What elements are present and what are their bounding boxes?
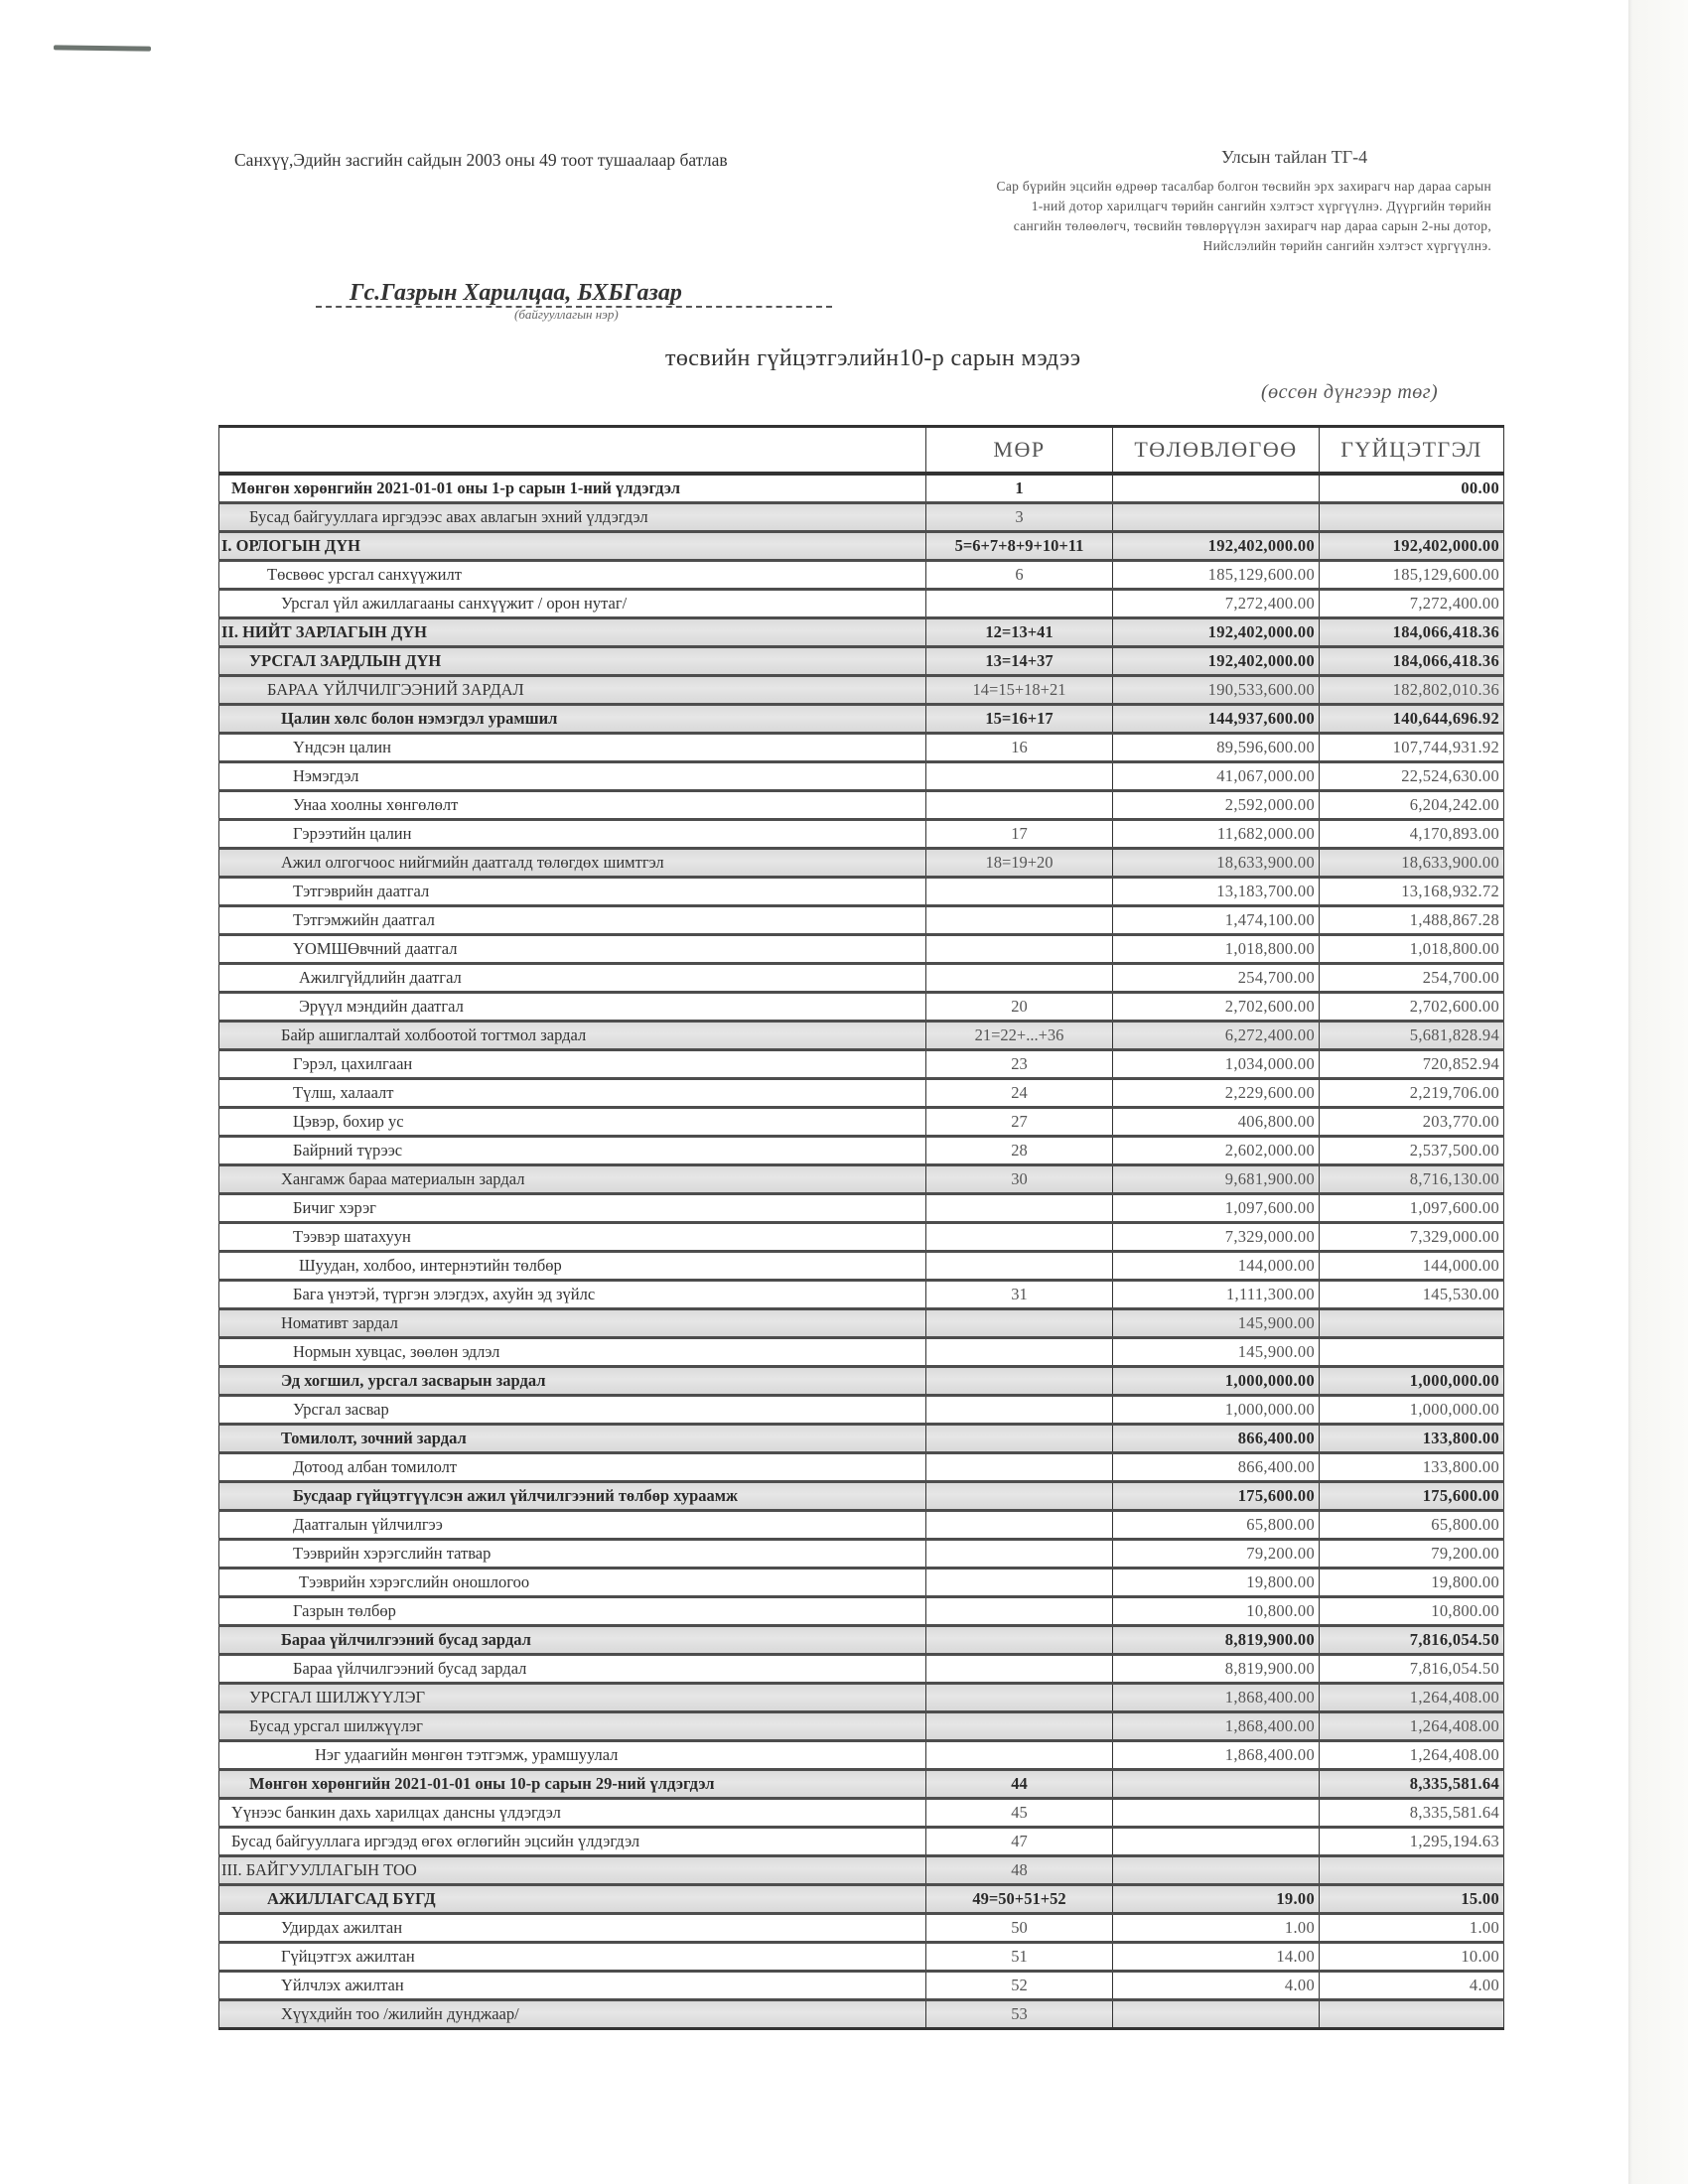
actual-value: 140,644,696.92 xyxy=(1320,705,1504,734)
table-row: Түлш, халаалт242,229,600.002,219,706.00 xyxy=(219,1079,1504,1108)
table-row: III. БАЙГУУЛЛАГЫН ТОО48 xyxy=(219,1856,1504,1885)
row-label: Томилолт, зочний зардал xyxy=(219,1425,926,1453)
plan-value: 144,000.00 xyxy=(1113,1252,1320,1281)
actual-value: 5,681,828.94 xyxy=(1320,1022,1504,1050)
row-label: Даатгалын үйлчилгээ xyxy=(219,1511,926,1540)
table-row: Цэвэр, бохир ус27406,800.00203,770.00 xyxy=(219,1108,1504,1137)
row-label: УРСГАЛ ШИЛЖҮҮЛЭГ xyxy=(219,1684,926,1712)
actual-value: 1,264,408.00 xyxy=(1320,1684,1504,1712)
plan-value: 254,700.00 xyxy=(1113,964,1320,993)
actual-value xyxy=(1320,1338,1504,1367)
row-label: Бараа үйлчилгээний бусад зардал xyxy=(219,1655,926,1684)
row-label: Бараа үйлчилгээний бусад зардал xyxy=(219,1626,926,1655)
row-number: 27 xyxy=(926,1108,1113,1137)
plan-value: 192,402,000.00 xyxy=(1113,532,1320,561)
table-row: Тээврийн хэрэгслийн татвар79,200.0079,20… xyxy=(219,1540,1504,1569)
approval-statement: Санхүү,Эдийн засгийн сайдын 2003 оны 49 … xyxy=(234,149,790,171)
table-row: Мөнгөн хөрөнгийн 2021-01-01 оны 1-р сары… xyxy=(219,474,1504,503)
row-label: УРСГАЛ ЗАРДЛЫН ДҮН xyxy=(219,647,926,676)
row-label: Үүнээс банкин дахь харилцах дансны үлдэг… xyxy=(219,1799,926,1828)
actual-value: 7,816,054.50 xyxy=(1320,1626,1504,1655)
row-number xyxy=(926,1338,1113,1367)
table-row: Томилолт, зочний зардал866,400.00133,800… xyxy=(219,1425,1504,1453)
table-row: Үүнээс банкин дахь харилцах дансны үлдэг… xyxy=(219,1799,1504,1828)
table-row: II. НИЙТ ЗАРЛАГЫН ДҮН12=13+41192,402,000… xyxy=(219,618,1504,647)
plan-value xyxy=(1113,503,1320,532)
actual-value: 254,700.00 xyxy=(1320,964,1504,993)
table-row: Үйлчлэх ажилтан524.004.00 xyxy=(219,1972,1504,2000)
row-number: 18=19+20 xyxy=(926,849,1113,878)
column-header-name xyxy=(219,427,926,475)
row-label: БАРАА ҮЙЛЧИЛГЭЭНИЙ ЗАРДАЛ xyxy=(219,676,926,705)
row-number: 12=13+41 xyxy=(926,618,1113,647)
row-label: II. НИЙТ ЗАРЛАГЫН ДҮН xyxy=(219,618,926,647)
row-number xyxy=(926,878,1113,906)
plan-value: 79,200.00 xyxy=(1113,1540,1320,1569)
table-row: Нэмэгдэл41,067,000.0022,524,630.00 xyxy=(219,762,1504,791)
plan-value: 406,800.00 xyxy=(1113,1108,1320,1137)
actual-value: 8,335,581.64 xyxy=(1320,1770,1504,1799)
row-label: Түлш, халаалт xyxy=(219,1079,926,1108)
row-label: I. ОРЛОГЫН ДҮН xyxy=(219,532,926,561)
plan-value: 2,702,600.00 xyxy=(1113,993,1320,1022)
plan-value: 1,000,000.00 xyxy=(1113,1396,1320,1425)
row-number: 1 xyxy=(926,474,1113,503)
row-label: Урсгал үйл ажиллагааны санхүүжит / орон … xyxy=(219,590,926,618)
row-label: Эрүүл мэндийн даатгал xyxy=(219,993,926,1022)
row-label: ҮОМШӨвчний даатгал xyxy=(219,935,926,964)
row-number xyxy=(926,1511,1113,1540)
actual-value: 133,800.00 xyxy=(1320,1425,1504,1453)
row-number: 17 xyxy=(926,820,1113,849)
plan-value xyxy=(1113,2000,1320,2029)
row-number xyxy=(926,590,1113,618)
plan-value: 2,602,000.00 xyxy=(1113,1137,1320,1165)
row-number xyxy=(926,1684,1113,1712)
row-label: Урсгал засвар xyxy=(219,1396,926,1425)
plan-value: 41,067,000.00 xyxy=(1113,762,1320,791)
actual-value: 4,170,893.00 xyxy=(1320,820,1504,849)
actual-value: 2,219,706.00 xyxy=(1320,1079,1504,1108)
row-number: 51 xyxy=(926,1943,1113,1972)
plan-value: 2,229,600.00 xyxy=(1113,1079,1320,1108)
table-row: Урсгал үйл ажиллагааны санхүүжит / орон … xyxy=(219,590,1504,618)
row-number xyxy=(926,1252,1113,1281)
table-row: Байрний түрээс282,602,000.002,537,500.00 xyxy=(219,1137,1504,1165)
plan-value: 1,034,000.00 xyxy=(1113,1050,1320,1079)
actual-value: 2,702,600.00 xyxy=(1320,993,1504,1022)
plan-value xyxy=(1113,1828,1320,1856)
actual-value: 7,329,000.00 xyxy=(1320,1223,1504,1252)
row-label: Ажилгүйдлийн даатгал xyxy=(219,964,926,993)
actual-value: 18,633,900.00 xyxy=(1320,849,1504,878)
actual-value: 1,097,600.00 xyxy=(1320,1194,1504,1223)
table-row: Ажил олгогчоос нийгмийн даатгалд төлөгдө… xyxy=(219,849,1504,878)
plan-value: 144,937,600.00 xyxy=(1113,705,1320,734)
column-header-actual: ГҮЙЦЭТГЭЛ xyxy=(1320,427,1504,475)
plan-value: 4.00 xyxy=(1113,1972,1320,2000)
actual-value: 1,264,408.00 xyxy=(1320,1741,1504,1770)
row-number xyxy=(926,1482,1113,1511)
row-number: 49=50+51+52 xyxy=(926,1885,1113,1914)
row-label: Үндсэн цалин xyxy=(219,734,926,762)
table-row: Төсвөөс урсгал санхүүжилт6185,129,600.00… xyxy=(219,561,1504,590)
row-number xyxy=(926,906,1113,935)
table-row: Хангамж бараа материалын зардал309,681,9… xyxy=(219,1165,1504,1194)
table-row: Үндсэн цалин1689,596,600.00107,744,931.9… xyxy=(219,734,1504,762)
table-row: Газрын төлбөр10,800.0010,800.00 xyxy=(219,1597,1504,1626)
units-note: (өссөн дүнгээр төг) xyxy=(1261,381,1438,404)
actual-value: 1,000,000.00 xyxy=(1320,1367,1504,1396)
row-label: Номативт зардал xyxy=(219,1309,926,1338)
row-label: Удирдах ажилтан xyxy=(219,1914,926,1943)
plan-value: 7,272,400.00 xyxy=(1113,590,1320,618)
plan-value: 7,329,000.00 xyxy=(1113,1223,1320,1252)
row-label: Цэвэр, бохир ус xyxy=(219,1108,926,1137)
row-label: Хүүхдийн тоо /жилийн дунджаар/ xyxy=(219,2000,926,2029)
plan-value: 18,633,900.00 xyxy=(1113,849,1320,878)
row-label: Тээврийн хэрэгслийн татвар xyxy=(219,1540,926,1569)
plan-value: 1,018,800.00 xyxy=(1113,935,1320,964)
row-number: 31 xyxy=(926,1281,1113,1309)
plan-value: 19.00 xyxy=(1113,1885,1320,1914)
row-label: Нормын хувцас, зөөлөн эдлэл xyxy=(219,1338,926,1367)
row-label: Дотоод албан томилолт xyxy=(219,1453,926,1482)
plan-value: 89,596,600.00 xyxy=(1113,734,1320,762)
plan-value xyxy=(1113,1856,1320,1885)
row-number: 28 xyxy=(926,1137,1113,1165)
row-label: Ажил олгогчоос нийгмийн даатгалд төлөгдө… xyxy=(219,849,926,878)
plan-value xyxy=(1113,1799,1320,1828)
actual-value: 175,600.00 xyxy=(1320,1482,1504,1511)
actual-value: 1,000,000.00 xyxy=(1320,1396,1504,1425)
actual-value: 1,264,408.00 xyxy=(1320,1712,1504,1741)
row-label: Гэрээтийн цалин xyxy=(219,820,926,849)
table-row: БАРАА ҮЙЛЧИЛГЭЭНИЙ ЗАРДАЛ14=15+18+21190,… xyxy=(219,676,1504,705)
actual-value: 107,744,931.92 xyxy=(1320,734,1504,762)
report-form-id: Улсын тайлан ТГ-4 xyxy=(1221,147,1367,168)
plan-value: 8,819,900.00 xyxy=(1113,1626,1320,1655)
actual-value: 10.00 xyxy=(1320,1943,1504,1972)
table-row: Бусад урсгал шилжүүлэг1,868,400.001,264,… xyxy=(219,1712,1504,1741)
instruction-line: Нийслэлийн төрийн сангийн хэлтэст хүргүү… xyxy=(854,236,1491,256)
row-label: III. БАЙГУУЛЛАГЫН ТОО xyxy=(219,1856,926,1885)
table-row: Гүйцэтгэх ажилтан5114.0010.00 xyxy=(219,1943,1504,1972)
actual-value: 79,200.00 xyxy=(1320,1540,1504,1569)
plan-value: 19,800.00 xyxy=(1113,1569,1320,1597)
row-number: 21=22+...+36 xyxy=(926,1022,1113,1050)
actual-value: 6,204,242.00 xyxy=(1320,791,1504,820)
row-label: Нэг удаагийн мөнгөн тэтгэмж, урамшуулал xyxy=(219,1741,926,1770)
row-number xyxy=(926,791,1113,820)
row-label: Бусад байгууллага иргэдээс авах авлагын … xyxy=(219,503,926,532)
table-row: УРСГАЛ ШИЛЖҮҮЛЭГ1,868,400.001,264,408.00 xyxy=(219,1684,1504,1712)
row-number: 3 xyxy=(926,503,1113,532)
table-row: Ажилгүйдлийн даатгал254,700.00254,700.00 xyxy=(219,964,1504,993)
row-label: Бага үнэтэй, түргэн элэгдэх, ахуйн эд зү… xyxy=(219,1281,926,1309)
table-row: Нормын хувцас, зөөлөн эдлэл145,900.00 xyxy=(219,1338,1504,1367)
actual-value xyxy=(1320,1309,1504,1338)
plan-value: 1,111,300.00 xyxy=(1113,1281,1320,1309)
actual-value: 00.00 xyxy=(1320,474,1504,503)
actual-value: 8,335,581.64 xyxy=(1320,1799,1504,1828)
plan-value: 185,129,600.00 xyxy=(1113,561,1320,590)
actual-value: 7,816,054.50 xyxy=(1320,1655,1504,1684)
row-label: Байрний түрээс xyxy=(219,1137,926,1165)
row-number: 45 xyxy=(926,1799,1113,1828)
row-label: Нэмэгдэл xyxy=(219,762,926,791)
row-number: 50 xyxy=(926,1914,1113,1943)
table-row: Тээврийн хэрэгслийн оношлогоо19,800.0019… xyxy=(219,1569,1504,1597)
row-label: Мөнгөн хөрөнгийн 2021-01-01 оны 10-р сар… xyxy=(219,1770,926,1799)
instruction-line: 1-ний дотор харилцагч төрийн сангийн хэл… xyxy=(854,197,1491,216)
table-row: Гэрэл, цахилгаан231,034,000.00720,852.94 xyxy=(219,1050,1504,1079)
plan-value: 9,681,900.00 xyxy=(1113,1165,1320,1194)
table-row: Даатгалын үйлчилгээ65,800.0065,800.00 xyxy=(219,1511,1504,1540)
actual-value: 184,066,418.36 xyxy=(1320,618,1504,647)
row-label: Газрын төлбөр xyxy=(219,1597,926,1626)
table-row: Тээвэр шатахуун7,329,000.007,329,000.00 xyxy=(219,1223,1504,1252)
row-number: 14=15+18+21 xyxy=(926,676,1113,705)
actual-value: 7,272,400.00 xyxy=(1320,590,1504,618)
actual-value: 203,770.00 xyxy=(1320,1108,1504,1137)
plan-value: 1,868,400.00 xyxy=(1113,1684,1320,1712)
plan-value: 10,800.00 xyxy=(1113,1597,1320,1626)
row-number xyxy=(926,1655,1113,1684)
table-row: Гэрээтийн цалин1711,682,000.004,170,893.… xyxy=(219,820,1504,849)
table-row: УРСГАЛ ЗАРДЛЫН ДҮН13=14+37192,402,000.00… xyxy=(219,647,1504,676)
plan-value: 1,868,400.00 xyxy=(1113,1741,1320,1770)
table-row: Тэтгэврийн даатгал13,183,700.0013,168,93… xyxy=(219,878,1504,906)
table-header-row: МӨР ТӨЛӨВЛӨГӨӨ ГҮЙЦЭТГЭЛ xyxy=(219,427,1504,475)
plan-value: 866,400.00 xyxy=(1113,1425,1320,1453)
row-number: 24 xyxy=(926,1079,1113,1108)
row-label: Цалин хөлс болон нэмэгдэл урамшил xyxy=(219,705,926,734)
row-number xyxy=(926,1194,1113,1223)
row-number xyxy=(926,1309,1113,1338)
row-number: 30 xyxy=(926,1165,1113,1194)
plan-value: 192,402,000.00 xyxy=(1113,618,1320,647)
row-label: Тээврийн хэрэгслийн оношлогоо xyxy=(219,1569,926,1597)
actual-value: 1,488,867.28 xyxy=(1320,906,1504,935)
row-label: Гүйцэтгэх ажилтан xyxy=(219,1943,926,1972)
table-row: Мөнгөн хөрөнгийн 2021-01-01 оны 10-р сар… xyxy=(219,1770,1504,1799)
column-header-plan: ТӨЛӨВЛӨГӨӨ xyxy=(1113,427,1320,475)
row-label: Унаа хоолны хөнгөлөлт xyxy=(219,791,926,820)
actual-value: 145,530.00 xyxy=(1320,1281,1504,1309)
actual-value xyxy=(1320,2000,1504,2029)
actual-value: 10,800.00 xyxy=(1320,1597,1504,1626)
row-label: Тэтгэмжийн даатгал xyxy=(219,906,926,935)
row-label: Бусад байгууллага иргэдэд өгөх өглөгийн … xyxy=(219,1828,926,1856)
actual-value: 1.00 xyxy=(1320,1914,1504,1943)
row-number xyxy=(926,964,1113,993)
column-header-row-number: МӨР xyxy=(926,427,1113,475)
row-number: 52 xyxy=(926,1972,1113,2000)
table-row: Удирдах ажилтан501.001.00 xyxy=(219,1914,1504,1943)
actual-value: 720,852.94 xyxy=(1320,1050,1504,1079)
scan-artifact-mark xyxy=(54,45,151,51)
row-number xyxy=(926,1540,1113,1569)
row-label: Бичиг хэрэг xyxy=(219,1194,926,1223)
actual-value xyxy=(1320,1856,1504,1885)
row-number: 44 xyxy=(926,1770,1113,1799)
row-label: АЖИЛЛАГСАД БҮГД xyxy=(219,1885,926,1914)
row-number xyxy=(926,1367,1113,1396)
table-row: Бараа үйлчилгээний бусад зардал8,819,900… xyxy=(219,1655,1504,1684)
plan-value xyxy=(1113,1770,1320,1799)
plan-value: 175,600.00 xyxy=(1113,1482,1320,1511)
row-number xyxy=(926,1626,1113,1655)
actual-value: 2,537,500.00 xyxy=(1320,1137,1504,1165)
row-label: Байр ашиглалтай холбоотой тогтмол зардал xyxy=(219,1022,926,1050)
table-row: Эд хогшил, урсгал засварын зардал1,000,0… xyxy=(219,1367,1504,1396)
actual-value: 1,295,194.63 xyxy=(1320,1828,1504,1856)
actual-value: 8,716,130.00 xyxy=(1320,1165,1504,1194)
row-number xyxy=(926,1741,1113,1770)
plan-value: 145,900.00 xyxy=(1113,1309,1320,1338)
actual-value: 65,800.00 xyxy=(1320,1511,1504,1540)
row-number: 13=14+37 xyxy=(926,647,1113,676)
row-label: Бусдаар гүйцэтгүүлсэн ажил үйлчилгээний … xyxy=(219,1482,926,1511)
plan-value: 11,682,000.00 xyxy=(1113,820,1320,849)
plan-value: 65,800.00 xyxy=(1113,1511,1320,1540)
row-number xyxy=(926,1453,1113,1482)
table-row: Бусдаар гүйцэтгүүлсэн ажил үйлчилгээний … xyxy=(219,1482,1504,1511)
table-row: АЖИЛЛАГСАД БҮГД49=50+51+5219.0015.00 xyxy=(219,1885,1504,1914)
organization-block: Гс.Газрын Харилцаа, БХБГазар (байгууллаг… xyxy=(316,280,832,323)
row-label: Төсвөөс урсгал санхүүжилт xyxy=(219,561,926,590)
row-number xyxy=(926,1425,1113,1453)
table-row: Бусад байгууллага иргэдээс авах авлагын … xyxy=(219,503,1504,532)
submission-instructions: Сар бүрийн эцсийн өдрөөр тасалбар болгон… xyxy=(854,177,1491,256)
plan-value: 6,272,400.00 xyxy=(1113,1022,1320,1050)
table-row: Эрүүл мэндийн даатгал202,702,600.002,702… xyxy=(219,993,1504,1022)
row-number xyxy=(926,1597,1113,1626)
row-number: 20 xyxy=(926,993,1113,1022)
actual-value: 1,018,800.00 xyxy=(1320,935,1504,964)
row-number xyxy=(926,1569,1113,1597)
row-label: Бусад урсгал шилжүүлэг xyxy=(219,1712,926,1741)
table-row: Байр ашиглалтай холбоотой тогтмол зардал… xyxy=(219,1022,1504,1050)
organization-caption: (байгууллагын нэр) xyxy=(316,307,832,323)
table-row: Тэтгэмжийн даатгал1,474,100.001,488,867.… xyxy=(219,906,1504,935)
actual-value: 15.00 xyxy=(1320,1885,1504,1914)
actual-value: 144,000.00 xyxy=(1320,1252,1504,1281)
organization-name: Гс.Газрын Харилцаа, БХБГазар xyxy=(316,280,832,308)
actual-value: 185,129,600.00 xyxy=(1320,561,1504,590)
row-label: Үйлчлэх ажилтан xyxy=(219,1972,926,2000)
table-row: Хүүхдийн тоо /жилийн дунджаар/53 xyxy=(219,2000,1504,2029)
table-row: Урсгал засвар1,000,000.001,000,000.00 xyxy=(219,1396,1504,1425)
plan-value: 1,474,100.00 xyxy=(1113,906,1320,935)
row-label: Тэтгэврийн даатгал xyxy=(219,878,926,906)
plan-value: 145,900.00 xyxy=(1113,1338,1320,1367)
row-number: 15=16+17 xyxy=(926,705,1113,734)
table-row: Шуудан, холбоо, интернэтийн төлбөр144,00… xyxy=(219,1252,1504,1281)
row-label: Хангамж бараа материалын зардал xyxy=(219,1165,926,1194)
actual-value: 182,802,010.36 xyxy=(1320,676,1504,705)
plan-value: 8,819,900.00 xyxy=(1113,1655,1320,1684)
table-row: Бага үнэтэй, түргэн элэгдэх, ахуйн эд зү… xyxy=(219,1281,1504,1309)
row-label: Мөнгөн хөрөнгийн 2021-01-01 оны 1-р сары… xyxy=(219,474,926,503)
plan-value: 190,533,600.00 xyxy=(1113,676,1320,705)
row-number xyxy=(926,935,1113,964)
row-number xyxy=(926,1712,1113,1741)
row-number: 48 xyxy=(926,1856,1113,1885)
actual-value xyxy=(1320,503,1504,532)
plan-value xyxy=(1113,474,1320,503)
plan-value: 1,097,600.00 xyxy=(1113,1194,1320,1223)
table-row: Цалин хөлс болон нэмэгдэл урамшил15=16+1… xyxy=(219,705,1504,734)
row-label: Гэрэл, цахилгаан xyxy=(219,1050,926,1079)
actual-value: 4.00 xyxy=(1320,1972,1504,2000)
table-row: Бараа үйлчилгээний бусад зардал8,819,900… xyxy=(219,1626,1504,1655)
row-number xyxy=(926,1396,1113,1425)
row-label: Шуудан, холбоо, интернэтийн төлбөр xyxy=(219,1252,926,1281)
instruction-line: сангийн төлөөлөгч, төсвийн төвлөрүүлэн з… xyxy=(854,216,1491,236)
table-row: Унаа хоолны хөнгөлөлт2,592,000.006,204,2… xyxy=(219,791,1504,820)
plan-value: 1.00 xyxy=(1113,1914,1320,1943)
actual-value: 19,800.00 xyxy=(1320,1569,1504,1597)
table-row: Нэг удаагийн мөнгөн тэтгэмж, урамшуулал1… xyxy=(219,1741,1504,1770)
plan-value: 14.00 xyxy=(1113,1943,1320,1972)
actual-value: 13,168,932.72 xyxy=(1320,878,1504,906)
row-number: 47 xyxy=(926,1828,1113,1856)
plan-value: 13,183,700.00 xyxy=(1113,878,1320,906)
row-number: 23 xyxy=(926,1050,1113,1079)
instruction-line: Сар бүрийн эцсийн өдрөөр тасалбар болгон… xyxy=(854,177,1491,197)
plan-value: 2,592,000.00 xyxy=(1113,791,1320,820)
plan-value: 192,402,000.00 xyxy=(1113,647,1320,676)
table-row: I. ОРЛОГЫН ДҮН5=6+7+8+9+10+11192,402,000… xyxy=(219,532,1504,561)
row-number xyxy=(926,762,1113,791)
row-number: 6 xyxy=(926,561,1113,590)
plan-value: 1,868,400.00 xyxy=(1113,1712,1320,1741)
row-number xyxy=(926,1223,1113,1252)
table-row: Бичиг хэрэг1,097,600.001,097,600.00 xyxy=(219,1194,1504,1223)
plan-value: 866,400.00 xyxy=(1113,1453,1320,1482)
row-label: Тээвэр шатахуун xyxy=(219,1223,926,1252)
actual-value: 22,524,630.00 xyxy=(1320,762,1504,791)
actual-value: 133,800.00 xyxy=(1320,1453,1504,1482)
plan-value: 1,000,000.00 xyxy=(1113,1367,1320,1396)
table-row: ҮОМШӨвчний даатгал1,018,800.001,018,800.… xyxy=(219,935,1504,964)
row-label: Эд хогшил, урсгал засварын зардал xyxy=(219,1367,926,1396)
row-number: 16 xyxy=(926,734,1113,762)
report-title: төсвийн гүйцэтгэлийн10-р сарын мэдээ xyxy=(665,345,1080,372)
actual-value: 184,066,418.36 xyxy=(1320,647,1504,676)
actual-value: 192,402,000.00 xyxy=(1320,532,1504,561)
scan-page-edge xyxy=(1628,0,1688,2184)
table-row: Бусад байгууллага иргэдэд өгөх өглөгийн … xyxy=(219,1828,1504,1856)
table-row: Дотоод албан томилолт866,400.00133,800.0… xyxy=(219,1453,1504,1482)
table-row: Номативт зардал145,900.00 xyxy=(219,1309,1504,1338)
row-number: 53 xyxy=(926,2000,1113,2029)
row-number: 5=6+7+8+9+10+11 xyxy=(926,532,1113,561)
budget-execution-table: МӨР ТӨЛӨВЛӨГӨӨ ГҮЙЦЭТГЭЛ Мөнгөн хөрөнгий… xyxy=(218,425,1504,2030)
